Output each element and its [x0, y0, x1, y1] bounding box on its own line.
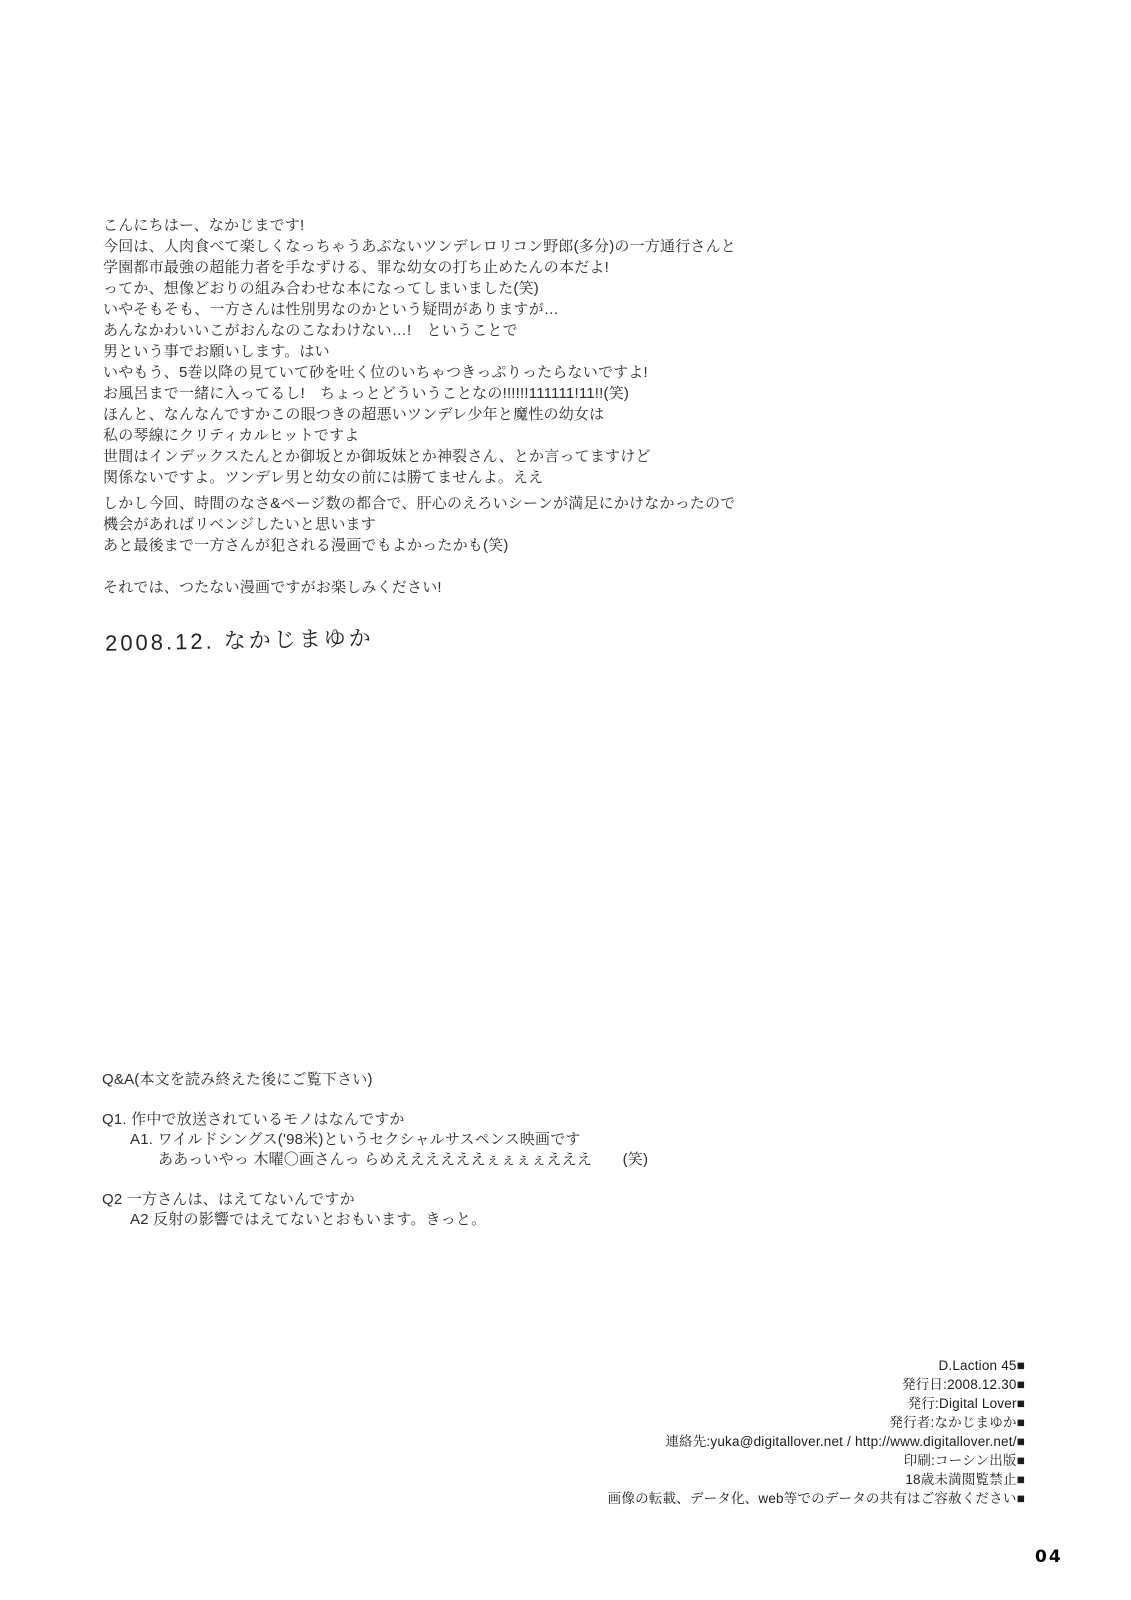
qa-question-1: Q1. 作中で放送されているモノはなんですか [102, 1110, 648, 1130]
afterword-line: ってか、想像どおりの組み合わせな本になってしまいました(笑) [103, 278, 736, 299]
colophon-publisher-line: 発行:Digital Lover■ [608, 1394, 1025, 1413]
afterword-paragraph-1: こんにちはー、なかじまです! 今回は、人肉食べて楽しくなっちゃうあぶないツンデレ… [103, 215, 736, 488]
afterword-line: ほんと、なんなんですかこの眼つきの超悪いツンデレ少年と魔性の幼女は [103, 404, 736, 425]
qa-answer-2: A2 反射の影響ではえてないとおもいます。きっと。 [102, 1210, 648, 1230]
qa-header: Q&A(本文を読み終えた後にご覧下さい) [102, 1070, 648, 1090]
afterword-closing-line: それでは、つたない漫画ですがお楽しみください! [103, 576, 442, 597]
afterword-line: 関係ないですよ。ツンデレ男と幼女の前には勝てませんよ。ええ [103, 467, 736, 488]
colophon-copyright-line: 画像の転載、データ化、web等でのデータの共有はご容赦ください■ [608, 1489, 1025, 1508]
colophon-printer-line: 印刷:コーシン出版■ [608, 1451, 1025, 1470]
afterword-line: 私の琴線にクリティカルヒットですよ [103, 425, 736, 446]
afterword-line: いやもう、5巻以降の見ていて砂を吐く位のいちゃつきっぷりったらないですよ! [103, 362, 736, 383]
afterword-line: お風呂まで一緒に入ってるし! ちょっとどういうことなの!!!!!!111111!… [103, 383, 736, 404]
afterword-line: 機会があればリベンジしたいと思います [103, 514, 736, 535]
afterword-line: 今回は、人肉食べて楽しくなっちゃうあぶないツンデレロリコン野郎(多分)の一方通行… [103, 236, 736, 257]
page-number: 04 [1035, 1547, 1063, 1567]
afterword-line: こんにちはー、なかじまです! [103, 215, 736, 236]
colophon-title-line: D.Laction 45■ [608, 1356, 1025, 1375]
afterword-line: 男という事でお願いします。はい [103, 341, 736, 362]
qa-answer-1-note: ああっいやっ 木曜〇画さんっ らめええええええぇぇぇぇえええ (笑) [102, 1150, 648, 1170]
afterword-line: しかし今回、時間のなさ&ページ数の都合で、肝心のえろいシーンが満足にかけなかった… [103, 493, 736, 514]
colophon-age-restriction-line: 18歳未満閲覧禁止■ [608, 1470, 1025, 1489]
afterword-line: あと最後まで一方さんが犯される漫画でもよかったかも(笑) [103, 535, 736, 556]
afterword-line: 学園都市最強の超能力者を手なずける、罪な幼女の打ち止めたんの本だよ! [103, 257, 736, 278]
afterword-line: いやそもそも、一方さんは性別男なのかという疑問がありますが… [103, 299, 736, 320]
colophon-author-line: 発行者:なかじまゆか■ [608, 1413, 1025, 1432]
colophon-publish-date-line: 発行日:2008.12.30■ [608, 1375, 1025, 1394]
afterword-line: 世間はインデックスたんとか御坂とか御坂妹とか神裂さん、とか言ってますけど [103, 446, 736, 467]
colophon-contact-line: 連絡先:yuka@digitallover.net / http://www.d… [608, 1432, 1025, 1451]
qa-question-2: Q2 一方さんは、はえてないんですか [102, 1190, 648, 1210]
colophon-credits: D.Laction 45■ 発行日:2008.12.30■ 発行:Digital… [608, 1356, 1025, 1508]
afterword-line: あんなかわいいこがおんなのこなわけない…! ということで [103, 320, 736, 341]
qa-answer-1: A1. ワイルドシングス('98米)というセクシャルサスペンス映画です [102, 1130, 648, 1150]
doujin-afterword-page: こんにちはー、なかじまです! 今回は、人肉食べて楽しくなっちゃうあぶないツンデレ… [0, 0, 1131, 1600]
qa-section: Q&A(本文を読み終えた後にご覧下さい) Q1. 作中で放送されているモノはなん… [102, 1070, 648, 1230]
afterword-paragraph-2: しかし今回、時間のなさ&ページ数の都合で、肝心のえろいシーンが満足にかけなかった… [103, 493, 736, 556]
handwritten-signature: 2008.12. なかじまゆか [105, 621, 374, 658]
